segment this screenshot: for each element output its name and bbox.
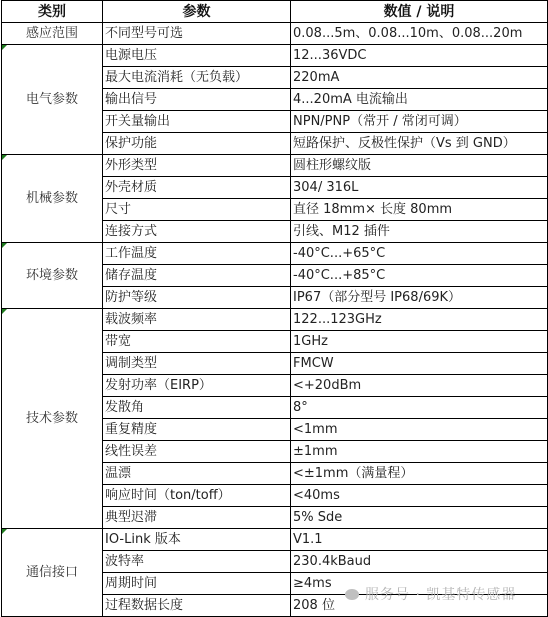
value-cell: 12...36VDC [291,45,548,67]
value-cell: 1GHz [291,331,548,353]
value-cell: 8° [291,397,548,419]
param-cell: 连接方式 [103,221,291,243]
param-cell: 开关量输出 [103,111,291,133]
category-cell-sensing-range: 感应范围 [2,23,103,45]
value-cell: 0.08...5m、0.08...10m、0.08...20m [291,23,548,45]
param-cell: 保护功能 [103,133,291,155]
value-cell: <±1mm（满量程） [291,463,548,485]
spec-table: 类别 参数 数值 / 说明 感应范围 不同型号可选 0.08...5m、0.08… [1,0,548,617]
table-row: 电气参数 电源电压 12...36VDC [2,45,548,67]
value-cell: -40°C...+65°C [291,243,548,265]
category-cell-technical: 技术参数 [2,309,103,529]
value-cell: -40°C...+85°C [291,265,548,287]
param-cell: 不同型号可选 [103,23,291,45]
param-cell: 典型迟滞 [103,507,291,529]
value-cell: 圆柱形螺纹版 [291,155,548,177]
value-cell: 引线、M12 插件 [291,221,548,243]
header-row: 类别 参数 数值 / 说明 [2,1,548,23]
value-cell: 直径 18mm× 长度 80mm [291,199,548,221]
param-cell: 工作温度 [103,243,291,265]
param-cell: 带宽 [103,331,291,353]
table-row: 环境参数 工作温度 -40°C...+65°C [2,243,548,265]
header-value: 数值 / 说明 [291,1,548,23]
value-cell: <+20dBm [291,375,548,397]
param-cell: 波特率 [103,551,291,573]
table-row: 通信接口 IO-Link 版本 V1.1 [2,529,548,551]
value-cell: V1.1 [291,529,548,551]
param-cell: 储存温度 [103,265,291,287]
param-cell: 调制类型 [103,353,291,375]
table-row: 技术参数 载波频率 122...123GHz [2,309,548,331]
param-cell: 载波频率 [103,309,291,331]
category-cell-electrical: 电气参数 [2,45,103,155]
param-cell: 电源电压 [103,45,291,67]
param-cell: 尺寸 [103,199,291,221]
value-cell: 220mA [291,67,548,89]
value-cell: ≥4ms [291,573,548,595]
value-cell: IP67（部分型号 IP68/69K） [291,287,548,309]
category-cell-mechanical: 机械参数 [2,155,103,243]
param-cell: 输出信号 [103,89,291,111]
value-cell: 230.4kBaud [291,551,548,573]
value-cell: 304/ 316L [291,177,548,199]
table-row: 感应范围 不同型号可选 0.08...5m、0.08...10m、0.08...… [2,23,548,45]
value-cell: <40ms [291,485,548,507]
value-cell: 短路保护、反极性保护（Vs 到 GND） [291,133,548,155]
header-category: 类别 [2,1,103,23]
value-cell: NPN/PNP（常开 / 常闭可调） [291,111,548,133]
category-cell-communication: 通信接口 [2,529,103,617]
param-cell: 发射功率（EIRP） [103,375,291,397]
param-cell: 响应时间（ton/toff） [103,485,291,507]
category-cell-environmental: 环境参数 [2,243,103,309]
param-cell: 发散角 [103,397,291,419]
param-cell: 外形类型 [103,155,291,177]
value-cell: FMCW [291,353,548,375]
param-cell: 防护等级 [103,287,291,309]
value-cell: <1mm [291,419,548,441]
value-cell: ±1mm [291,441,548,463]
param-cell: 线性误差 [103,441,291,463]
param-cell: 温漂 [103,463,291,485]
param-cell: 周期时间 [103,573,291,595]
value-cell: 122...123GHz [291,309,548,331]
table-row: 机械参数 外形类型 圆柱形螺纹版 [2,155,548,177]
param-cell: IO-Link 版本 [103,529,291,551]
param-cell: 重复精度 [103,419,291,441]
value-cell: 208 位 [291,595,548,617]
param-cell: 最大电流消耗（无负载） [103,67,291,89]
value-cell: 5% Sde [291,507,548,529]
param-cell: 过程数据长度 [103,595,291,617]
header-parameter: 参数 [103,1,291,23]
value-cell: 4...20mA 电流输出 [291,89,548,111]
param-cell: 外壳材质 [103,177,291,199]
